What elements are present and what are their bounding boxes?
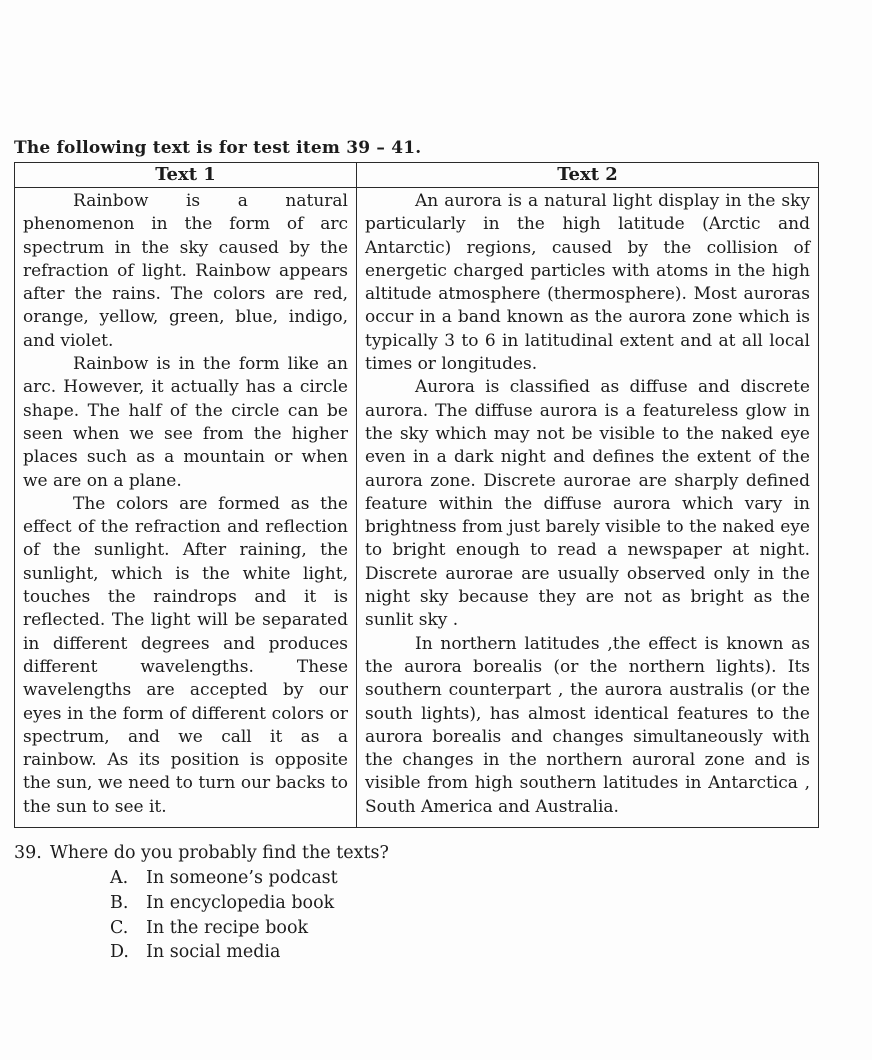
option-c-letter: C. — [110, 916, 146, 941]
question-number: 39. — [14, 843, 42, 863]
text1-cell: Rainbow is a natural phenomenon in the f… — [15, 188, 357, 828]
question-39: 39.Where do you probably find the texts?… — [14, 841, 818, 965]
option-a-text: In someone’s podcast — [146, 866, 338, 891]
option-c-text: In the recipe book — [146, 916, 308, 941]
document-page: The following text is for test item 39 –… — [0, 0, 872, 965]
option-b-text: In encyclopedia book — [146, 891, 334, 916]
table-body-row: Rainbow is a natural phenomenon in the f… — [15, 188, 819, 828]
option-b-letter: B. — [110, 891, 146, 916]
paragraph: Rainbow is in the form like an arc. Howe… — [23, 353, 348, 493]
table-header-row: Text 1 Text 2 — [15, 163, 819, 188]
option-a: A. In someone’s podcast — [110, 866, 818, 891]
options-list: A. In someone’s podcast B. In encycloped… — [110, 866, 818, 965]
paragraph: Rainbow is a natural phenomenon in the f… — [23, 190, 348, 353]
paragraph: Aurora is classified as diffuse and disc… — [365, 376, 810, 632]
option-c: C. In the recipe book — [110, 916, 818, 941]
option-a-letter: A. — [110, 866, 146, 891]
intro-line: The following text is for test item 39 –… — [14, 138, 818, 159]
question-line: 39.Where do you probably find the texts? — [14, 841, 818, 865]
text2-header: Text 2 — [357, 163, 819, 188]
paragraph: The colors are formed as the effect of t… — [23, 493, 348, 819]
paragraph: An aurora is a natural light display in … — [365, 190, 810, 376]
option-d-text: In social media — [146, 940, 280, 965]
paragraph: In northern latitudes ,the effect is kno… — [365, 633, 810, 819]
option-d: D. In social media — [110, 940, 818, 965]
texts-table: Text 1 Text 2 Rainbow is a natural pheno… — [14, 162, 819, 828]
question-text: Where do you probably find the texts? — [50, 843, 389, 863]
option-d-letter: D. — [110, 940, 146, 965]
text1-header: Text 1 — [15, 163, 357, 188]
text2-cell: An aurora is a natural light display in … — [357, 188, 819, 828]
option-b: B. In encyclopedia book — [110, 891, 818, 916]
